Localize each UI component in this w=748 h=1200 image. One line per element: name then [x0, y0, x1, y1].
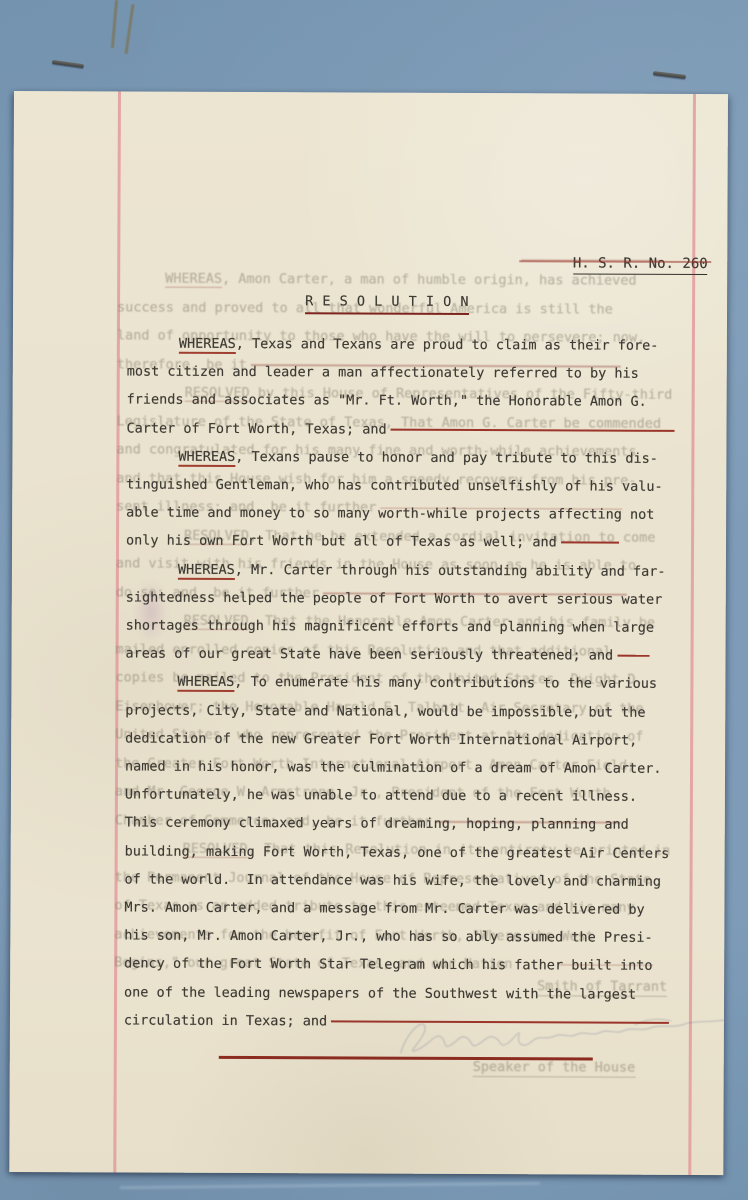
scratch-mark	[111, 0, 118, 48]
body-line: WHEREAS, To enumerate his many contribut…	[125, 674, 657, 704]
body-line: This ceremony climaxed years of dreaming…	[125, 815, 629, 845]
staple-icon	[52, 60, 84, 68]
document-body: WHEREAS, Texas and Texans are proud to c…	[123, 91, 728, 1175]
document-paper: WHEREAS, Amon Carter, a man of humble or…	[9, 91, 728, 1175]
underlined-lead-word: WHEREAS	[179, 336, 236, 354]
typed-filler-rule	[617, 655, 649, 657]
scanned-page-background: WHEREAS, Amon Carter, a man of humble or…	[0, 0, 748, 1200]
body-line: tinguished Gentleman, who has contribute…	[126, 476, 663, 506]
typed-filler-rule	[391, 428, 675, 431]
body-line: only his own Fort Worth but all of Texas…	[126, 533, 619, 563]
body-line: shortages through his magnificent effort…	[126, 617, 654, 647]
underlined-lead-word: WHEREAS	[177, 674, 234, 692]
body-line: of the world. In attendance was his wife…	[124, 871, 661, 901]
body-line: WHEREAS, Mr. Carter through his outstand…	[126, 561, 666, 591]
underlined-lead-word: WHEREAS	[178, 561, 235, 579]
underlined-lead-word: WHEREAS	[178, 449, 235, 467]
body-line: projects, City, State and National, woul…	[125, 702, 645, 732]
typed-filler-rule	[561, 542, 619, 544]
body-line: dedication of the new Greater Fort Worth…	[125, 730, 637, 760]
body-line: WHEREAS, Texans pause to honor and pay t…	[126, 448, 658, 478]
body-line: building, making Fort Worth, Texas, one …	[125, 843, 670, 873]
body-line: Unfortunately, he was unable to attend d…	[125, 787, 637, 817]
body-line: dency of the Fort Worth Star Telegram wh…	[124, 956, 652, 986]
body-line: Carter of Fort Worth, Texas; and	[126, 420, 674, 450]
body-line: one of the leading newspapers of the Sou…	[124, 984, 636, 1014]
body-line: named in his honor, was the culmination …	[125, 758, 662, 788]
body-line: most citizen and leader a man affectiona…	[127, 364, 639, 394]
typed-filler-rule	[331, 1020, 669, 1023]
body-line: able time and money to so many worth-whi…	[126, 505, 654, 535]
crease-highlight	[120, 1182, 540, 1189]
body-line: WHEREAS, Texas and Texans are proud to c…	[127, 335, 659, 365]
staple-icon	[653, 71, 686, 78]
body-line: friends and associates as "Mr. Ft. Worth…	[127, 392, 647, 422]
body-line: areas of our great State have been serio…	[125, 646, 649, 676]
scratch-mark	[125, 4, 134, 54]
body-line: sightedness helped the people of Fort Wo…	[126, 589, 663, 619]
body-line: Mrs. Amon Carter, and a message from Mr.…	[124, 899, 644, 929]
body-line: his son, Mr. Amon Carter, Jr., who has s…	[124, 928, 652, 958]
body-line: circulation in Texas; and	[124, 1012, 669, 1042]
